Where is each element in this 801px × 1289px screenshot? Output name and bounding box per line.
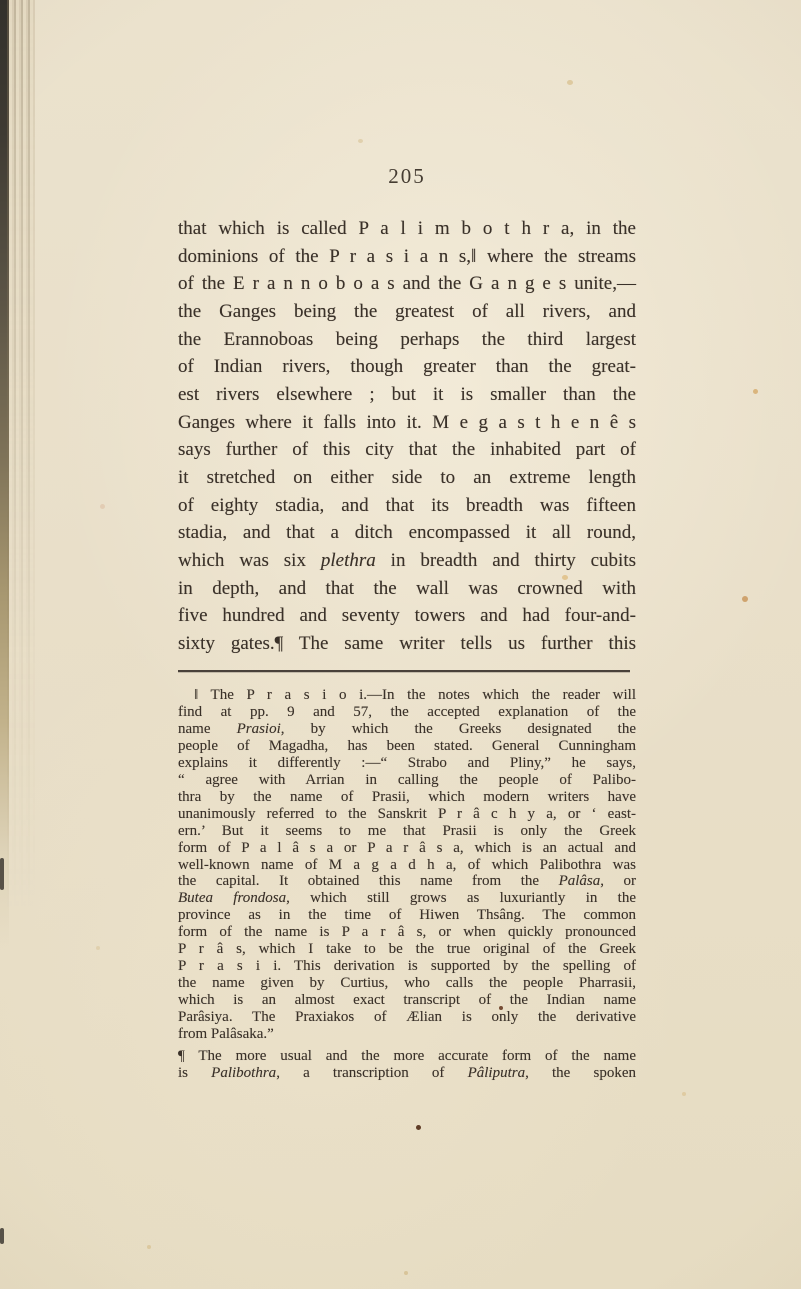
- text-line: P r a s i i. This derivation is supporte…: [178, 958, 636, 975]
- page-edge-texture: [7, 0, 35, 920]
- footnote-lines: ‖ The P r a s i o i.—In the notes which …: [178, 687, 636, 1026]
- footnote-palibothra: ¶ The more usual and the more accurate f…: [178, 1048, 636, 1082]
- text-line: form of P a l â s a or P a r â s a, whic…: [178, 840, 636, 857]
- text-line: Parâsiya. The Praxiakos of Ælian is only…: [178, 1009, 636, 1026]
- text-line: stadia, and that a ditch encompassed it …: [178, 519, 636, 547]
- foxing-speck: [562, 575, 568, 580]
- text-line: the Erannoboas being perhaps the third l…: [178, 326, 636, 354]
- foxing-speck: [682, 1092, 686, 1096]
- foxing-speck: [100, 504, 105, 509]
- text-line: thra by the name of Prasii, which modern…: [178, 789, 636, 806]
- book-page: 205 that which is called P a l i m b o t…: [0, 0, 801, 1289]
- text-line: of Indian rivers, though greater than th…: [178, 353, 636, 381]
- text-line: unanimously referred to the Sanskrit P r…: [178, 806, 636, 823]
- text-line: people of Magadha, has been stated. Gene…: [178, 738, 636, 755]
- foxing-speck: [753, 389, 758, 394]
- text-line: find at pp. 9 and 57, the accepted expla…: [178, 704, 636, 721]
- text-line: the name given by Curtius, who calls the…: [178, 975, 636, 992]
- text-line: ern.’ But it seems to me that Prasii is …: [178, 823, 636, 840]
- text-line: dominions of the P r a s i a n s,‖ where…: [178, 243, 636, 271]
- text-line: well-known name of M a g a d h a, of whi…: [178, 857, 636, 874]
- text-line: from Palâsaka.”: [178, 1026, 636, 1043]
- foxing-speck: [404, 1271, 408, 1275]
- text-line: of eighty stadia, and that its breadth w…: [178, 492, 636, 520]
- text-line: sixty gates.¶ The same writer tells us f…: [178, 630, 636, 658]
- foxing-speck: [358, 139, 363, 143]
- text-line: five hundred and seventy towers and had …: [178, 602, 636, 630]
- text-line: ‖ The P r a s i o i.—In the notes which …: [178, 687, 636, 704]
- page-number: 205: [178, 164, 636, 189]
- text-line: the capital. It obtained this name from …: [178, 873, 636, 890]
- text-line: which was six plethra in breadth and thi…: [178, 547, 636, 575]
- text-line: est rivers elsewhere ; but it is smaller…: [178, 381, 636, 409]
- text-line: it stretched on either side to an extrem…: [178, 464, 636, 492]
- foxing-speck: [499, 1006, 503, 1010]
- text-line: is Palibothra, a transcription of Pâlipu…: [178, 1065, 636, 1082]
- text-line: the Ganges being the greatest of all riv…: [178, 298, 636, 326]
- text-line: explains it differently :—“ Strabo and P…: [178, 755, 636, 772]
- text-line: which is an almost exact transcript of t…: [178, 992, 636, 1009]
- footnote-prasioi: ‖ The P r a s i o i.—In the notes which …: [178, 687, 636, 1043]
- text-line: ¶ The more usual and the more accurate f…: [178, 1048, 636, 1065]
- text-line: form of the name is P a r â s, or when q…: [178, 924, 636, 941]
- text-line: that which is called P a l i m b o t h r…: [178, 215, 636, 243]
- foxing-speck: [96, 946, 100, 950]
- text-line: Butea frondosa, which still grows as lux…: [178, 890, 636, 907]
- text-line: name Prasioi, by which the Greeks design…: [178, 721, 636, 738]
- binding-edge: [0, 1228, 4, 1244]
- body-text: that which is called P a l i m b o t h r…: [178, 215, 636, 658]
- text-line: says further of this city that the inhab…: [178, 436, 636, 464]
- text-line: province as in the time of Hiwen Thsâng.…: [178, 907, 636, 924]
- foxing-speck: [742, 596, 748, 602]
- text-line: “ agree with Arrian in calling the peopl…: [178, 772, 636, 789]
- foxing-speck: [567, 80, 573, 85]
- foxing-speck: [147, 1245, 151, 1249]
- binding-edge: [0, 858, 4, 890]
- text-line: Ganges where it falls into it. M e g a s…: [178, 409, 636, 437]
- text-line: of the E r a n n o b o a s and the G a n…: [178, 270, 636, 298]
- text-line: P r â s, which I take to be the true ori…: [178, 941, 636, 958]
- foxing-speck: [416, 1125, 421, 1130]
- footnote-divider-rule: [178, 670, 630, 672]
